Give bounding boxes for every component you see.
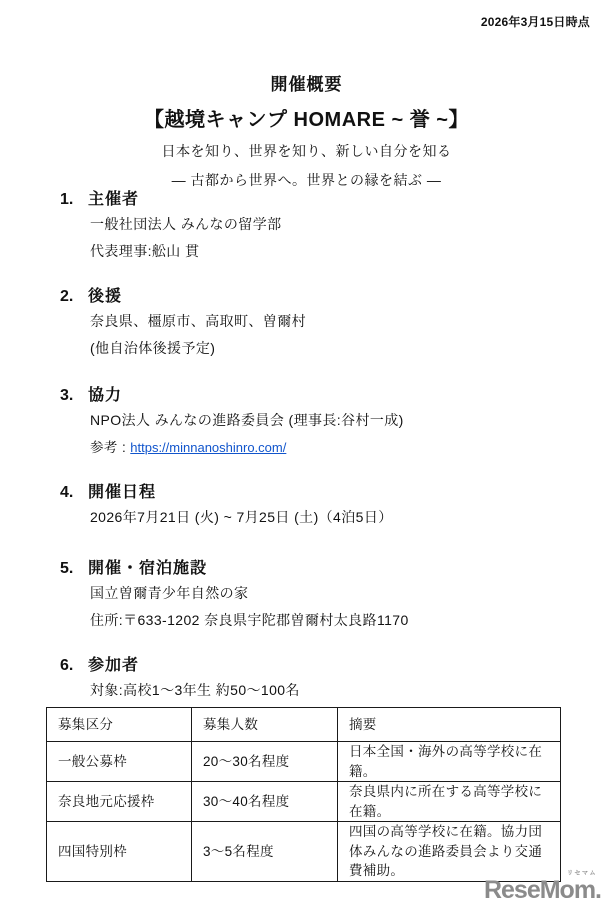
section-venue: 5.開催・宿泊施設 国立曽爾青少年自然の家 住所:〒633-1202 奈良県宇陀… — [0, 560, 613, 639]
section-title: 後援 — [88, 288, 122, 305]
table-cell: 30～40名程度 — [192, 782, 338, 822]
table-cell: 四国特別枠 — [47, 822, 192, 882]
section-heading: 6.参加者 — [60, 657, 613, 675]
section-number: 5. — [60, 560, 88, 578]
section-number: 6. — [60, 657, 88, 675]
section-heading: 2.後援 — [60, 288, 613, 306]
section-heading: 5.開催・宿泊施設 — [60, 560, 613, 578]
reference-line: 参考 : https://minnanoshinro.com/ — [90, 439, 613, 456]
title-block: 開催概要 【越境キャンプ HOMARE ~ 誉 ~】 日本を知り、世界を知り、新… — [0, 70, 613, 190]
text-line: 対象:高校1～3年生 約50～100名 — [90, 682, 613, 698]
table-row: 奈良地元応援枠 30～40名程度 奈良県内に所在する高等学校に在籍。 — [47, 782, 561, 822]
table-cell: 20～30名程度 — [192, 742, 338, 782]
section-title: 参加者 — [88, 657, 139, 674]
page-title: 開催概要 — [0, 70, 613, 95]
table-cell: 奈良地元応援枠 — [47, 782, 192, 822]
column-header: 摘要 — [338, 708, 561, 742]
section-support: 2.後援 奈良県、橿原市、高取町、曽爾村 (他自治体後援予定) — [0, 288, 613, 367]
text-line: (他自治体後援予定) — [90, 340, 613, 356]
text-line: 代表理事:舩山 貫 — [90, 243, 613, 259]
tagline-2: ― 古都から世界へ。世界との縁を結ぶ ― — [0, 170, 613, 190]
section-title: 開催日程 — [88, 484, 156, 501]
logo-text: ReseMom. — [484, 876, 601, 904]
resemom-logo: リセマム ReseMom. — [484, 871, 601, 903]
section-cooperation: 3.協力 NPO法人 みんなの進路委員会 (理事長:谷村一成) 参考 : htt… — [0, 387, 613, 467]
column-header: 募集人数 — [192, 708, 338, 742]
section-heading: 4.開催日程 — [60, 484, 613, 502]
table-cell: 一般公募枠 — [47, 742, 192, 782]
text-line: 一般社団法人 みんなの留学部 — [90, 216, 613, 232]
section-title: 主催者 — [88, 191, 139, 208]
text-line: 住所:〒633-1202 奈良県宇陀郡曽爾村太良路1170 — [90, 612, 613, 628]
text-line: 2026年7月21日 (火) ~ 7月25日 (土)（4泊5日） — [90, 509, 613, 525]
section-number: 2. — [60, 288, 88, 306]
section-heading: 1.主催者 — [60, 191, 613, 209]
section-title: 開催・宿泊施設 — [88, 560, 207, 577]
section-heading: 3.協力 — [60, 387, 613, 405]
text-line: NPO法人 みんなの進路委員会 (理事長:谷村一成) — [90, 412, 613, 428]
tagline-1: 日本を知り、世界を知り、新しい自分を知る — [0, 141, 613, 161]
section-title: 協力 — [88, 387, 122, 404]
table-cell: 奈良県内に所在する高等学校に在籍。 — [338, 782, 561, 822]
column-header: 募集区分 — [47, 708, 192, 742]
text-line: 奈良県、橿原市、高取町、曽爾村 — [90, 313, 613, 329]
table-cell: 3～5名程度 — [192, 822, 338, 882]
section-number: 3. — [60, 387, 88, 405]
reference-link[interactable]: https://minnanoshinro.com/ — [130, 440, 286, 455]
section-number: 1. — [60, 191, 88, 209]
table-header-row: 募集区分 募集人数 摘要 — [47, 708, 561, 742]
reference-label: 参考 : — [90, 440, 130, 455]
page-subtitle: 【越境キャンプ HOMARE ~ 誉 ~】 — [0, 103, 613, 132]
section-schedule: 4.開催日程 2026年7月21日 (火) ~ 7月25日 (土)（4泊5日） — [0, 484, 613, 536]
table-cell: 日本全国・海外の高等学校に在籍。 — [338, 742, 561, 782]
document-page: 2026年3月15日時点 開催概要 【越境キャンプ HOMARE ~ 誉 ~】 … — [0, 0, 613, 909]
recruitment-table: 募集区分 募集人数 摘要 一般公募枠 20～30名程度 日本全国・海外の高等学校… — [46, 707, 561, 882]
section-number: 4. — [60, 484, 88, 502]
text-line: 国立曽爾青少年自然の家 — [90, 585, 613, 601]
section-participants: 6.参加者 対象:高校1～3年生 約50～100名 — [0, 657, 613, 709]
section-organizer: 1.主催者 一般社団法人 みんなの留学部 代表理事:舩山 貫 — [0, 191, 613, 270]
date-note: 2026年3月15日時点 — [481, 13, 590, 30]
table-row: 一般公募枠 20～30名程度 日本全国・海外の高等学校に在籍。 — [47, 742, 561, 782]
